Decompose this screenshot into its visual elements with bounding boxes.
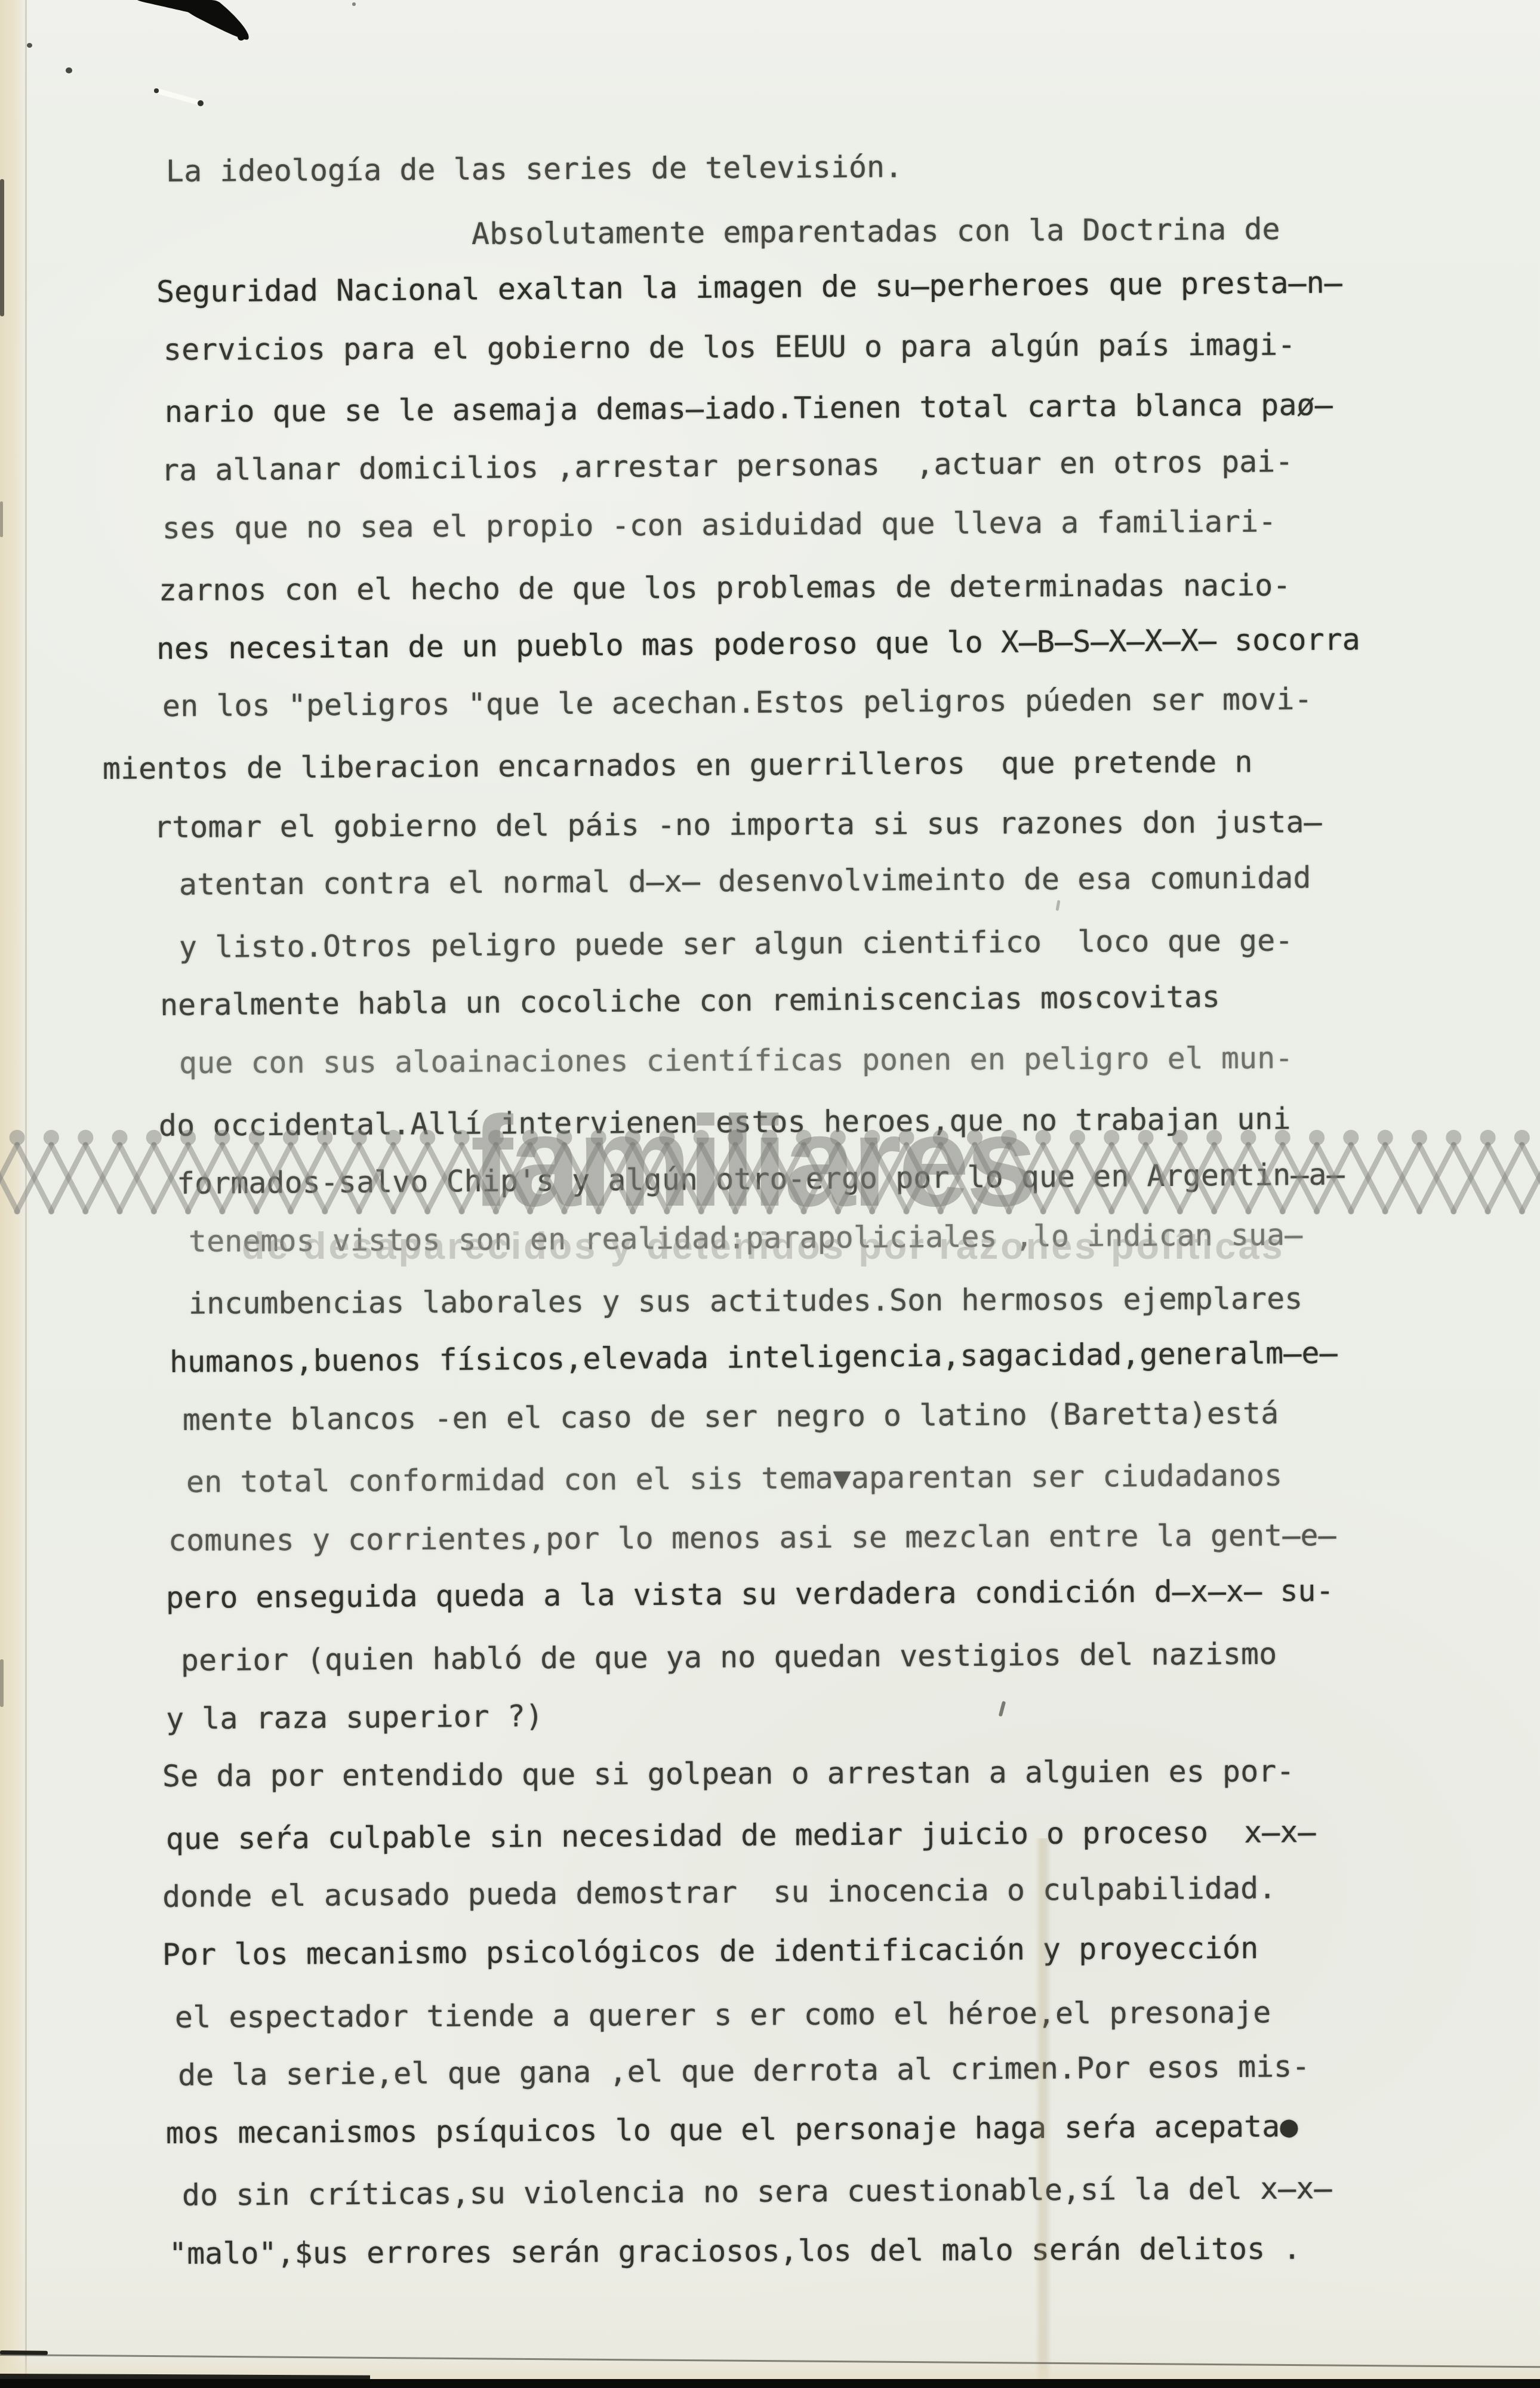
typed-line: nario que se le asemaja demas̶iado.Tiene… <box>165 387 1333 430</box>
typed-line: que seŕa culpable sin necesidad de media… <box>166 1814 1316 1857</box>
typed-line: tenemos vistos son en realidad:parapolic… <box>189 1217 1303 1259</box>
typed-line: pero enseguida queda a la vista su verda… <box>166 1573 1334 1616</box>
typed-line: nes necesitan de un pueblo mas poderoso … <box>156 621 1360 667</box>
typed-line: donde el acusado pueda demostrar su inoc… <box>162 1870 1277 1915</box>
typed-line: incumbencias laborales y sus actitudes.S… <box>189 1281 1303 1321</box>
typed-line: perior (quien habló de que ya no quedan … <box>181 1636 1277 1678</box>
typed-line: Por los mecanismo psicológicos de identi… <box>162 1930 1259 1973</box>
scan-bottom-edge <box>0 2379 1540 2388</box>
scan-hairline-stub <box>0 2350 48 2355</box>
typed-line: y listo.Otros peligro puede ser algun ci… <box>179 923 1293 965</box>
document-title-line: La ideología de las series de televisión… <box>166 149 903 189</box>
typed-line: humanos,buenos físicos,elevada inteligen… <box>170 1335 1338 1380</box>
typed-line: mente blancos -en el caso de ser negro o… <box>183 1395 1279 1438</box>
scanned-document-page: La ideología de las series de televisión… <box>0 0 1540 2388</box>
typed-line: formados-salvo Chip's y algún otro-ergo … <box>177 1157 1345 1201</box>
typed-line: zarnos con el hecho de que los problemas… <box>159 567 1291 608</box>
typed-line: de la serie,el que gana ,el que derrota … <box>178 2048 1310 2093</box>
typed-line: do sin críticas,su violencia no sera cue… <box>182 2170 1332 2213</box>
typed-line: do occidental.Allí intervienen estos her… <box>159 1101 1291 1144</box>
typed-line: el espectador tiende a querer s er como … <box>175 1995 1271 2035</box>
fold-crease <box>1035 1838 1052 2380</box>
typed-line: ses que no sea el propio -con asiduidad … <box>162 504 1277 546</box>
typed-line: neralmente habla un cocoliche con remini… <box>160 979 1220 1023</box>
typed-line: en total conformidad con el sis tema▼apa… <box>186 1458 1283 1500</box>
typed-line: atentan contra el normal d̶x̶ desenvolvi… <box>179 859 1311 902</box>
typed-line: rtomar el gobierno del páis -no importa … <box>154 804 1322 845</box>
typed-line: ra allanar domicilios ,arrestar personas… <box>161 443 1293 488</box>
typed-line: Seguridad Nacional exaltan la imagen de … <box>156 264 1342 310</box>
typed-line: Se da por entendido que si golpean o arr… <box>162 1753 1295 1794</box>
typed-line: en los "peligros "que le acechan.Estos p… <box>162 681 1313 724</box>
typed-line: mos mecanismos psíquicos lo que el perso… <box>166 2108 1298 2151</box>
typed-line: "malo",$us errores serán graciosos,los d… <box>169 2230 1301 2272</box>
typed-line: mientos de liberacion encarnados en guer… <box>103 744 1253 787</box>
typed-line: comunes y corrientes,por lo menos asi se… <box>168 1517 1336 1558</box>
typed-line: que con sus aloainaciones científicas po… <box>179 1040 1293 1081</box>
typed-text-block: La ideología de las series de televisión… <box>0 0 1540 2388</box>
typed-line: y la raza superior ?) <box>166 1698 544 1737</box>
typed-line: Absolutamente emparentadas con la Doctri… <box>472 211 1280 252</box>
typed-line: servicios para el gobierno de los EEUU o… <box>164 326 1296 368</box>
